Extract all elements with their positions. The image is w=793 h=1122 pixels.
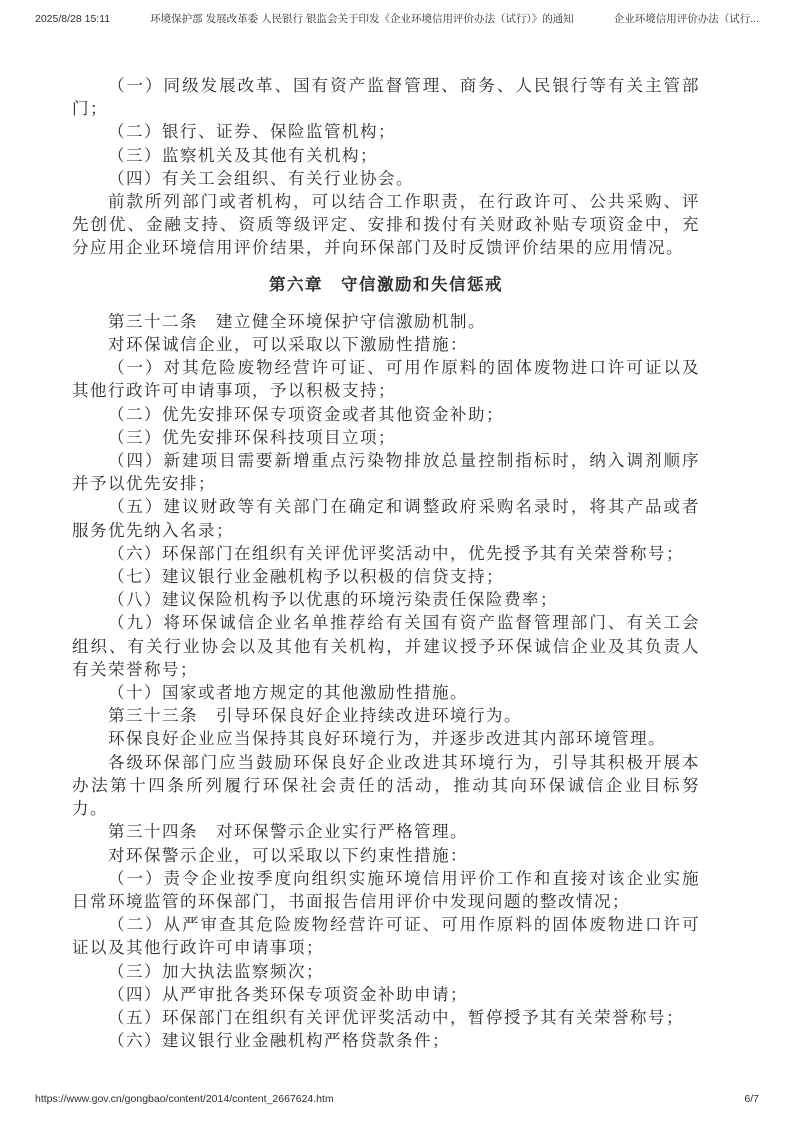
- chapter-heading: 第六章 守信激励和失信惩戒: [72, 273, 700, 296]
- document-paragraph: （一）对其危险废物经营许可证、可用作原料的固体废物进口许可证以及其他行政许可申请…: [72, 356, 700, 402]
- document-paragraph: 前款所列部门或者机构，可以结合工作职责，在行政许可、公共采购、评先创优、金融支持…: [72, 190, 700, 260]
- window-title-truncated: 企业环境信用评价办法（试行...: [614, 12, 759, 26]
- document-paragraph: （二）优先安排环保专项资金或者其他资金补助；: [72, 403, 700, 426]
- document-paragraph: （一）责令企业按季度向组织实施环境信用评价工作和直接对该企业实施日常环境监管的环…: [72, 867, 700, 913]
- print-footer: https://www.gov.cn/gongbao/content/2014/…: [35, 1093, 759, 1106]
- document-paragraph: （十）国家或者地方规定的其他激励性措施。: [72, 681, 700, 704]
- document-paragraph: 第三十四条 对环保警示企业实行严格管理。: [72, 820, 700, 843]
- document-paragraph: （六）环保部门在组织有关评优评奖活动中，优先授予其有关荣誉称号；: [72, 542, 700, 565]
- document-paragraph: （三）优先安排环保科技项目立项；: [72, 426, 700, 449]
- document-paragraph: 第三十二条 建立健全环境保护守信激励机制。: [72, 310, 700, 333]
- document-paragraph: （五）环保部门在组织有关评优评奖活动中，暂停授予其有关荣誉称号；: [72, 1006, 700, 1029]
- document-paragraph: （四）新建项目需要新增重点污染物排放总量控制指标时，纳入调剂顺序并予以优先安排；: [72, 449, 700, 495]
- document-paragraph: （二）从严审查其危险废物经营许可证、可用作原料的固体废物进口许可证以及其他行政许…: [72, 913, 700, 959]
- document-paragraph: （五）建议财政等有关部门在确定和调整政府采购名录时，将其产品或者服务优先纳入名录…: [72, 495, 700, 541]
- document-paragraph: （七）建议银行业金融机构予以积极的信贷支持；: [72, 565, 700, 588]
- document-paragraph: （三）监察机关及其他有关机构；: [72, 144, 700, 167]
- document-paragraph: （九）将环保诚信企业名单推荐给有关国有资产监督管理部门、有关工会组织、有关行业协…: [72, 611, 700, 681]
- print-timestamp: 2025/8/28 15:11: [35, 12, 110, 26]
- document-paragraph: （二）银行、证券、保险监管机构；: [72, 120, 700, 143]
- document-title-header: 环境保护部 发展改革委 人民银行 银监会关于印发《企业环境信用评价办法（试行）》…: [124, 12, 600, 26]
- document-paragraph: 对环保警示企业，可以采取以下约束性措施：: [72, 844, 700, 867]
- document-paragraph: （四）有关工会组织、有关行业协会。: [72, 167, 700, 190]
- print-preview-page: 2025/8/28 15:11 环境保护部 发展改革委 人民银行 银监会关于印发…: [0, 0, 793, 1122]
- document-paragraph: （一）同级发展改革、国有资产监督管理、商务、人民银行等有关主管部门；: [72, 74, 700, 120]
- document-paragraph: 环保良好企业应当保持其良好环境行为，并逐步改进其内部环境管理。: [72, 727, 700, 750]
- document-paragraph: （三）加大执法监察频次；: [72, 960, 700, 983]
- document-paragraph: 对环保诚信企业，可以采取以下激励性措施：: [72, 333, 700, 356]
- document-body: （一）同级发展改革、国有资产监督管理、商务、人民银行等有关主管部门；（二）银行、…: [72, 74, 700, 1052]
- document-paragraph: 第三十三条 引导环保良好企业持续改进环境行为。: [72, 704, 700, 727]
- document-paragraph: （八）建议保险机构予以优惠的环境污染责任保险费率；: [72, 588, 700, 611]
- source-url: https://www.gov.cn/gongbao/content/2014/…: [35, 1093, 334, 1106]
- document-paragraph: （四）从严审批各类环保专项资金补助申请；: [72, 983, 700, 1006]
- document-paragraph: （六）建议银行业金融机构严格贷款条件；: [72, 1029, 700, 1052]
- document-paragraph: 各级环保部门应当鼓励环保良好企业改进其环境行为，引导其积极开展本办法第十四条所列…: [72, 751, 700, 821]
- page-number: 6/7: [744, 1093, 759, 1106]
- print-header: 2025/8/28 15:11 环境保护部 发展改革委 人民银行 银监会关于印发…: [35, 12, 759, 26]
